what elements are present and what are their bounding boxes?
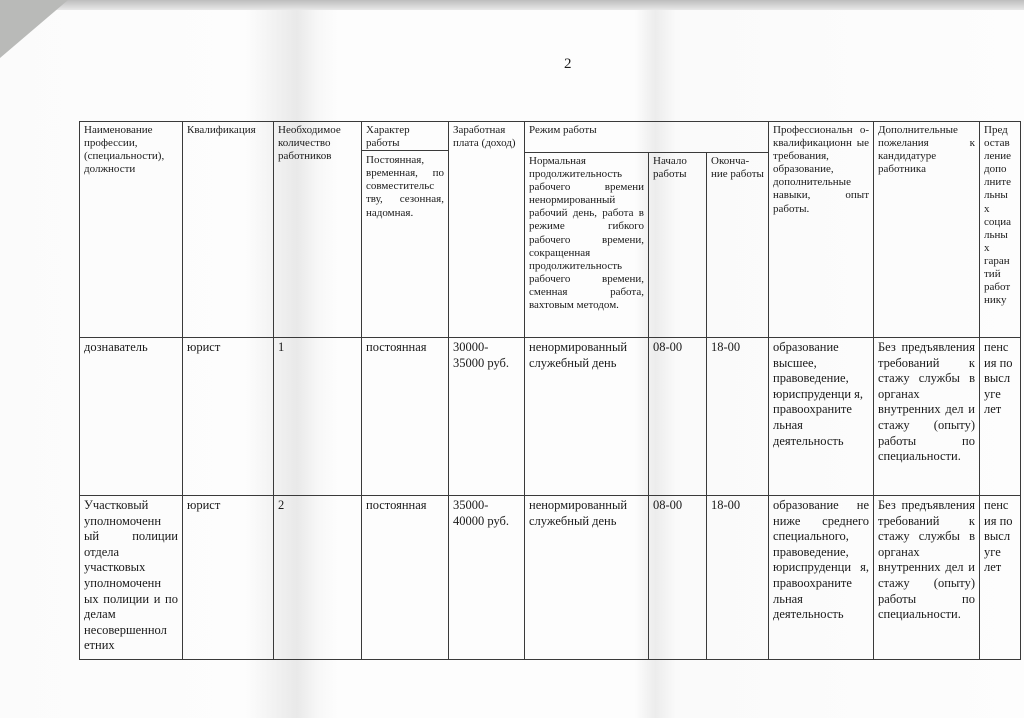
cell-work-nature: постоянная [362,496,449,660]
header-row: Наименование профессии, (специальности),… [80,122,1021,153]
header-work-start: Начало работы [649,153,707,338]
cell-profession: Участковый уполномоченн ый полиции отдел… [80,496,183,660]
cell-work-start: 08-00 [649,338,707,496]
cell-wishes: Без предъявления требований к стажу служ… [874,496,980,660]
header-work-mode-normal: Нормальная продолжительность рабочего вр… [525,153,649,338]
header-salary: Заработная плата (доход) [449,122,525,338]
cell-qualification: юрист [183,338,274,496]
cell-work-mode: ненормированный служебный день [525,338,649,496]
cell-requirements: образование высшее, правоведение, юриспр… [769,338,874,496]
table-row: дознаватель юрист 1 постоянная 30000- 35… [80,338,1021,496]
header-work-nature-sub: Постоянная, временная, по совместительс … [366,154,444,219]
header-workers-needed: Необходимое количество работников [274,122,362,338]
cell-workers-needed: 2 [274,496,362,660]
cell-requirements: образование не ниже среднего специальног… [769,496,874,660]
cell-profession: дознаватель [80,338,183,496]
cell-guarantees: пенс ия по высл уге лет [980,496,1021,660]
cell-work-end: 18-00 [707,338,769,496]
table-row: Участковый уполномоченн ый полиции отдел… [80,496,1021,660]
scan-edge-shadow [0,0,1024,10]
cell-guarantees: пенс ия по высл уге лет [980,338,1021,496]
header-qualification: Квалификация [183,122,274,338]
header-profession: Наименование профессии, (специальности),… [80,122,183,338]
folded-corner [0,0,68,58]
header-work-mode: Режим работы [525,122,769,153]
cell-wishes: Без предъявления требований к стажу служ… [874,338,980,496]
cell-salary: 30000- 35000 руб. [449,338,525,496]
cell-qualification: юрист [183,496,274,660]
header-work-end: Оконча- ние работы [707,153,769,338]
page-number: 2 [564,56,572,73]
header-guarantees: Пред остав ление допо лните льны х социа… [980,122,1021,338]
vacancy-table: Наименование профессии, (специальности),… [79,121,1021,660]
cell-work-start: 08-00 [649,496,707,660]
scanned-page: 2 Наименование профессии, (специальности… [0,0,1024,718]
cell-work-nature: постоянная [362,338,449,496]
header-wishes: Дополнительные пожелания к кандидатуре р… [874,122,980,338]
cell-salary: 35000- 40000 руб. [449,496,525,660]
header-work-nature-title: Характер работы [362,122,448,151]
header-requirements: Профессиональн о- квалификационн ые треб… [769,122,874,338]
cell-workers-needed: 1 [274,338,362,496]
header-work-nature: Характер работы Постоянная, временная, п… [362,122,449,338]
cell-work-end: 18-00 [707,496,769,660]
cell-work-mode: ненормированный служебный день [525,496,649,660]
